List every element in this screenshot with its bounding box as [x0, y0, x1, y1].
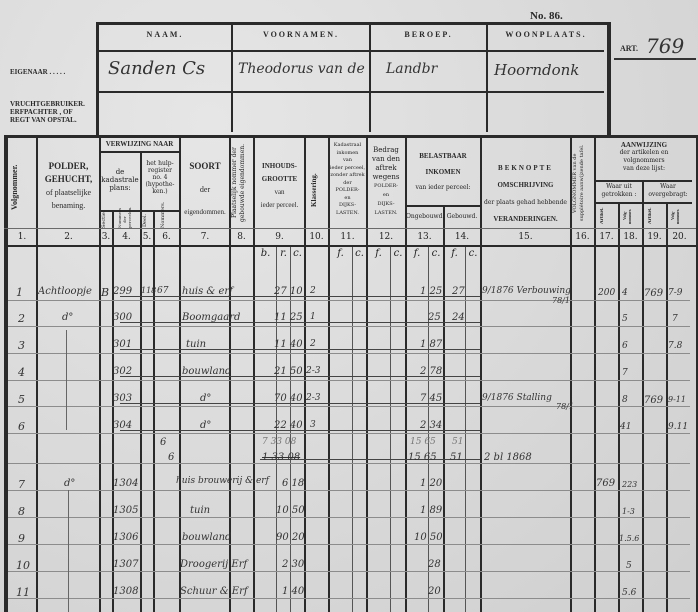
row-from-nr: 1-3	[622, 507, 635, 516]
header-line: van den	[367, 155, 405, 164]
unit-label: c.	[391, 248, 405, 259]
row-area: 90 20	[276, 532, 305, 543]
row-parcel: 303	[113, 393, 132, 404]
subtotal-untaxed: 15 65	[408, 452, 437, 463]
subtotal-area-prev: 7 33 08	[262, 437, 296, 447]
col-number: 8.	[230, 232, 253, 242]
col-number: 3.	[100, 232, 112, 242]
unit-label: f.	[406, 248, 428, 259]
subtotal-note: 2 bl 1868	[484, 452, 532, 463]
row-kind: bouwland	[182, 532, 231, 543]
col-header-volgnommer-suppl: VOLGNOMMER van de supplétoire aanwijzend…	[572, 140, 592, 226]
row-polder: d°	[64, 478, 75, 489]
col-number: 14.	[444, 232, 480, 242]
unit-label: c.	[291, 248, 304, 259]
row-area: 27 10	[274, 286, 303, 297]
header-line: eigendommen.	[181, 206, 229, 219]
col-header-kadastraal-inkomen: Kadastraal inkomen van ieder perceel, zo…	[329, 142, 366, 217]
header-line: VERANDERINGEN.	[481, 211, 570, 228]
col-group-to: Waar overgebragt:	[644, 183, 692, 199]
header-line: (hypothe-	[141, 181, 179, 188]
header-line: POLDER-	[367, 182, 405, 191]
row-polder: d°	[62, 312, 73, 323]
col-header-klassering: Klassering.	[310, 165, 318, 215]
row-to-nr: 9-11	[668, 395, 686, 404]
row-area: 22 40	[274, 420, 303, 431]
header-line: DIJKS-	[367, 200, 405, 209]
col-number: 9.	[255, 232, 304, 242]
header-line: en	[367, 191, 405, 200]
row-from-nr: 5	[622, 314, 628, 324]
row-no: 7	[18, 478, 25, 491]
row-no: 5	[18, 393, 25, 406]
unit-label: r.	[277, 248, 290, 259]
row-kind: Schuur & Erf	[180, 586, 248, 597]
row-built: 24	[452, 312, 465, 323]
col-number: 2.	[38, 232, 99, 242]
header-line: INHOUDS-	[255, 160, 304, 173]
unit-label: f.	[329, 248, 352, 259]
row-no: 9	[18, 532, 25, 545]
owner-first-names: Theodorus van de	[238, 61, 365, 77]
header-line: POLDER,	[38, 160, 99, 173]
col-number: 13.	[406, 232, 443, 242]
owner-row-label: EIGENAAR . . . . .	[10, 68, 65, 76]
header-line: wegens	[367, 173, 405, 182]
col-header-soort: SOORT der eigendommen.	[181, 160, 229, 219]
row-from-nr: 1.5.6	[619, 534, 639, 543]
header-line: inkomen	[329, 150, 366, 158]
row-to-nr: 9.11	[668, 422, 688, 432]
row-no: 2	[18, 312, 25, 325]
row-class: 2	[310, 286, 316, 296]
header-line: van ieder perceel:	[406, 180, 480, 196]
row-nr: 67	[157, 286, 168, 296]
header-line: plans:	[100, 184, 140, 192]
subtotal-count-prev: 6	[160, 437, 166, 448]
subtotal-built: 51	[450, 452, 463, 463]
subtotal-untaxed-prev: 15 65	[410, 437, 436, 447]
col-header-gebouwd: Gebouwd.	[444, 213, 480, 220]
row-class: 2-3	[306, 393, 321, 403]
header-line: en	[329, 195, 366, 203]
header-line: ieder perceel.	[255, 199, 304, 212]
row-area: 1 40	[282, 586, 304, 597]
row-area: 6 18	[282, 478, 304, 489]
row-area: 11 25	[274, 312, 303, 323]
header-first-names: VOORNAMEN.	[233, 30, 369, 39]
row-c16: 769	[596, 478, 615, 489]
header-line: de	[100, 168, 140, 176]
header-line: Waar	[644, 183, 692, 191]
header-residence: WOONPLAATS.	[488, 30, 604, 39]
row-class: 2	[310, 339, 316, 349]
row-kind: huis brouwerij & erf	[176, 476, 269, 486]
col-header-deel: Deel.	[142, 212, 148, 228]
row-deel: 118	[141, 286, 156, 295]
unit-label: f.	[367, 248, 390, 259]
row-no: 1	[16, 286, 23, 299]
row-parcel: 1308	[113, 586, 138, 597]
col-number: 20.	[667, 232, 692, 242]
header-line: kadastrale	[100, 176, 140, 184]
owner-residence: Hoorndonk	[494, 61, 579, 79]
unit-label: c.	[429, 248, 443, 259]
row-to-art: 769	[644, 288, 663, 299]
usufruct-label-line: ERFPACHTER , OF	[10, 108, 85, 116]
row-from-nr: 41	[620, 422, 631, 432]
row-kind: Droogerij Erf	[180, 559, 247, 570]
row-no: 3	[18, 339, 25, 352]
row-untaxed: 1 89	[420, 505, 442, 516]
row-area: 70 40	[274, 393, 303, 404]
owner-box	[96, 22, 611, 138]
subtotal-built-prev: 51	[452, 437, 463, 447]
row-to-nr: 7-9	[668, 288, 683, 298]
row-parcel: 1306	[113, 532, 138, 543]
row-class: 1	[310, 312, 316, 322]
header-line: zonder aftrek	[329, 172, 366, 180]
row-parcel: 301	[113, 339, 132, 350]
col-number: 1.	[8, 232, 36, 242]
header-line: LASTEN.	[367, 209, 405, 218]
header-name: NAAM.	[99, 30, 231, 39]
row-from-nr: 5	[626, 561, 632, 571]
col-header-aftrek: Bedrag van den aftrek wegens POLDER- en …	[367, 146, 405, 218]
col-header-polder: POLDER, GEHUCHT, of plaatselijke benamin…	[38, 160, 99, 212]
col-header-sectie: Sectie.	[101, 212, 107, 228]
row-untaxed: 2 34	[420, 420, 442, 431]
row-change-note: 78/1	[552, 296, 570, 305]
header-line: van deze lijst:	[596, 165, 692, 173]
article-label: ART.	[620, 44, 638, 53]
owner-name: Sanden Cs	[108, 58, 205, 79]
page-number: No. 86.	[530, 10, 563, 22]
header-line: INKOMEN	[406, 164, 480, 180]
col-number: 17.	[595, 232, 618, 242]
row-untaxed: 1 87	[420, 339, 442, 350]
row-change: 9/1876 Verbouwing	[482, 286, 571, 296]
col-header-artikel-to: Artikel.	[648, 204, 653, 228]
row-parcel: 300	[113, 312, 132, 323]
col-header-nommers: Nommers.	[160, 212, 166, 228]
row-parcel: 1307	[113, 559, 138, 570]
header-line: register	[141, 167, 179, 174]
row-kind: Boomgaard	[182, 312, 240, 323]
header-line: BEKNOPTE	[481, 160, 570, 177]
header-line: der plaats gehad hebbende	[481, 194, 570, 211]
row-kind: huis & erf	[182, 286, 233, 297]
col-number: 4.	[113, 232, 140, 242]
col-header-volgnommer-from: Volg- nommer.	[622, 204, 638, 228]
row-untaxed: 1 25	[420, 286, 442, 297]
header-line: AANWIJZING	[596, 141, 692, 149]
col-number: 19.	[643, 232, 666, 242]
row-untaxed: 2 78	[420, 366, 442, 377]
article-value: 769	[646, 34, 684, 58]
header-line: ieder perceel,	[329, 165, 366, 173]
row-to-nr: 7	[672, 314, 678, 324]
header-line: getrokken :	[596, 191, 642, 199]
header-line: aftrek	[367, 164, 405, 173]
row-untaxed: 25	[428, 312, 441, 323]
ditto-line	[68, 490, 69, 612]
col-header-kadastrale-plans: de kadastrale plans:	[100, 168, 140, 192]
row-change-note: 78/1	[556, 402, 574, 411]
col-number: 12.	[367, 232, 405, 242]
col-header-artikel-from: Artikel.	[600, 204, 605, 228]
col-header-plaatselijk-nommer: Plaatselijk nommer der gebouwde eigendom…	[231, 140, 251, 226]
header-line: Kadastraal	[329, 142, 366, 150]
ditto-line	[66, 330, 67, 430]
header-line: ken.)	[141, 188, 179, 195]
row-from-nr: 8	[622, 395, 628, 405]
row-untaxed: 20	[428, 586, 441, 597]
col-header-volgnommer-to: Volg- nommer.	[670, 204, 686, 228]
row-no: 8	[18, 505, 25, 518]
row-from-nr: 223	[622, 480, 637, 489]
header-line: BELASTBAAR	[406, 148, 480, 164]
subtotal-count: 6	[168, 452, 174, 463]
row-built: 27	[452, 286, 465, 297]
unit-label: c.	[353, 248, 366, 259]
row-area: 11 40	[274, 339, 303, 350]
header-line: volgnommers	[596, 157, 692, 165]
col-header-inhoudsgrootte: INHOUDS- GROOTTE van ieder perceel.	[255, 160, 304, 212]
row-no: 11	[16, 586, 30, 599]
header-line: der	[329, 180, 366, 188]
row-parcel: 1304	[113, 478, 138, 489]
row-no: 10	[16, 559, 30, 572]
col-number: 16.	[571, 232, 594, 242]
header-line: LASTEN.	[329, 210, 366, 218]
row-untaxed: 10 50	[414, 532, 443, 543]
row-from-nr: 7	[622, 368, 628, 378]
row-untaxed: 7 45	[420, 393, 442, 404]
row-no: 4	[18, 366, 25, 379]
usufruct-row-label: VRUCHTGEBRUIKER. ERFPACHTER , OF REGT VA…	[10, 100, 85, 124]
header-line: benaming.	[38, 199, 99, 212]
subtotal-area: 1 33 08	[262, 452, 300, 463]
col-number: 6.	[154, 232, 179, 242]
row-section: B	[101, 286, 109, 299]
unit-label: c.	[466, 248, 480, 259]
row-change: 9/1876 Stalling	[482, 393, 552, 403]
article-underline	[614, 58, 696, 60]
header-line: SOORT	[181, 160, 229, 173]
header-line: GROOTTE	[255, 173, 304, 186]
row-kind: tuin	[190, 505, 210, 516]
row-parcel: 304	[113, 420, 132, 431]
header-line: Bedrag	[367, 146, 405, 155]
row-class: 3	[310, 420, 316, 430]
header-line: POLDER-	[329, 187, 366, 195]
row-parcel: 299	[113, 286, 132, 297]
row-area: 10 50	[276, 505, 305, 516]
header-line: no. 4	[141, 174, 179, 181]
col-header-volgnommer: Volgnommer.	[10, 150, 19, 225]
col-number: 11.	[329, 232, 366, 242]
header-line: der	[181, 183, 229, 196]
col-number: 10.	[305, 232, 328, 242]
usufruct-label-line: VRUCHTGEBRUIKER.	[10, 100, 85, 108]
header-line: OMSCHRIJVING	[481, 177, 570, 194]
row-from-nr: 5.6	[622, 588, 636, 598]
col-number: 18.	[619, 232, 642, 242]
owner-occupation: Landbr	[386, 61, 437, 77]
col-number: 15.	[481, 232, 570, 242]
header-line: van	[255, 186, 304, 199]
col-header-omschrijving: BEKNOPTE OMSCHRIJVING der plaats gehad h…	[481, 160, 570, 228]
row-parcel: 302	[113, 366, 132, 377]
col-header-hulpregister: het hulp- register no. 4 (hypothe- ken.)	[141, 160, 179, 195]
row-parcel: 1305	[113, 505, 138, 516]
header-line: DIJKS-	[329, 202, 366, 210]
row-area: 21 50	[274, 366, 303, 377]
header-line: Waar uit	[596, 183, 642, 191]
row-class: 2-3	[306, 366, 321, 376]
header-line: overgebragt:	[644, 191, 692, 199]
unit-label: f.	[444, 248, 465, 259]
col-group-belastbaar: BELASTBAAR INKOMEN van ieder perceel:	[406, 148, 480, 196]
row-to-art: 769	[644, 395, 663, 406]
unit-label: b.	[255, 248, 276, 259]
header-line: GEHUCHT,	[38, 173, 99, 186]
header-line: van	[329, 157, 366, 165]
header-occupation: BEROEP.	[371, 30, 486, 39]
row-no: 6	[18, 420, 25, 433]
row-c16: 200	[598, 288, 615, 298]
col-group-from: Waar uit getrokken :	[596, 183, 642, 199]
col-header-nummers-perceelen: Nummers der perceelen.	[117, 212, 137, 228]
row-kind: bouwland	[182, 366, 231, 377]
header-line: het hulp-	[141, 160, 179, 167]
row-kind: d°	[200, 393, 211, 404]
row-untaxed: 1 20	[420, 478, 442, 489]
col-number: 5.	[141, 232, 153, 242]
row-from-nr: 4	[622, 288, 628, 298]
row-area: 2 30	[282, 559, 304, 570]
usufruct-label-line: REGT VAN OPSTAL.	[10, 116, 85, 124]
row-untaxed: 28	[428, 559, 441, 570]
col-number: 7.	[181, 232, 229, 242]
row-kind: tuin	[186, 339, 206, 350]
row-polder: Achtloopje	[38, 286, 92, 297]
row-kind: d°	[200, 420, 211, 431]
row-to-nr: 7.8	[668, 341, 682, 351]
header-line: of plaatselijke	[38, 186, 99, 199]
col-group-verwijzing: VERWIJZING NAAR	[100, 140, 179, 148]
col-header-ongebouwd: Ongebouwd.	[406, 213, 443, 220]
row-from-nr: 6	[622, 341, 628, 351]
col-group-aanwijzing: AANWIJZING der artikelen en volgnommers …	[596, 141, 692, 173]
header-line: der artikelen en	[596, 149, 692, 157]
